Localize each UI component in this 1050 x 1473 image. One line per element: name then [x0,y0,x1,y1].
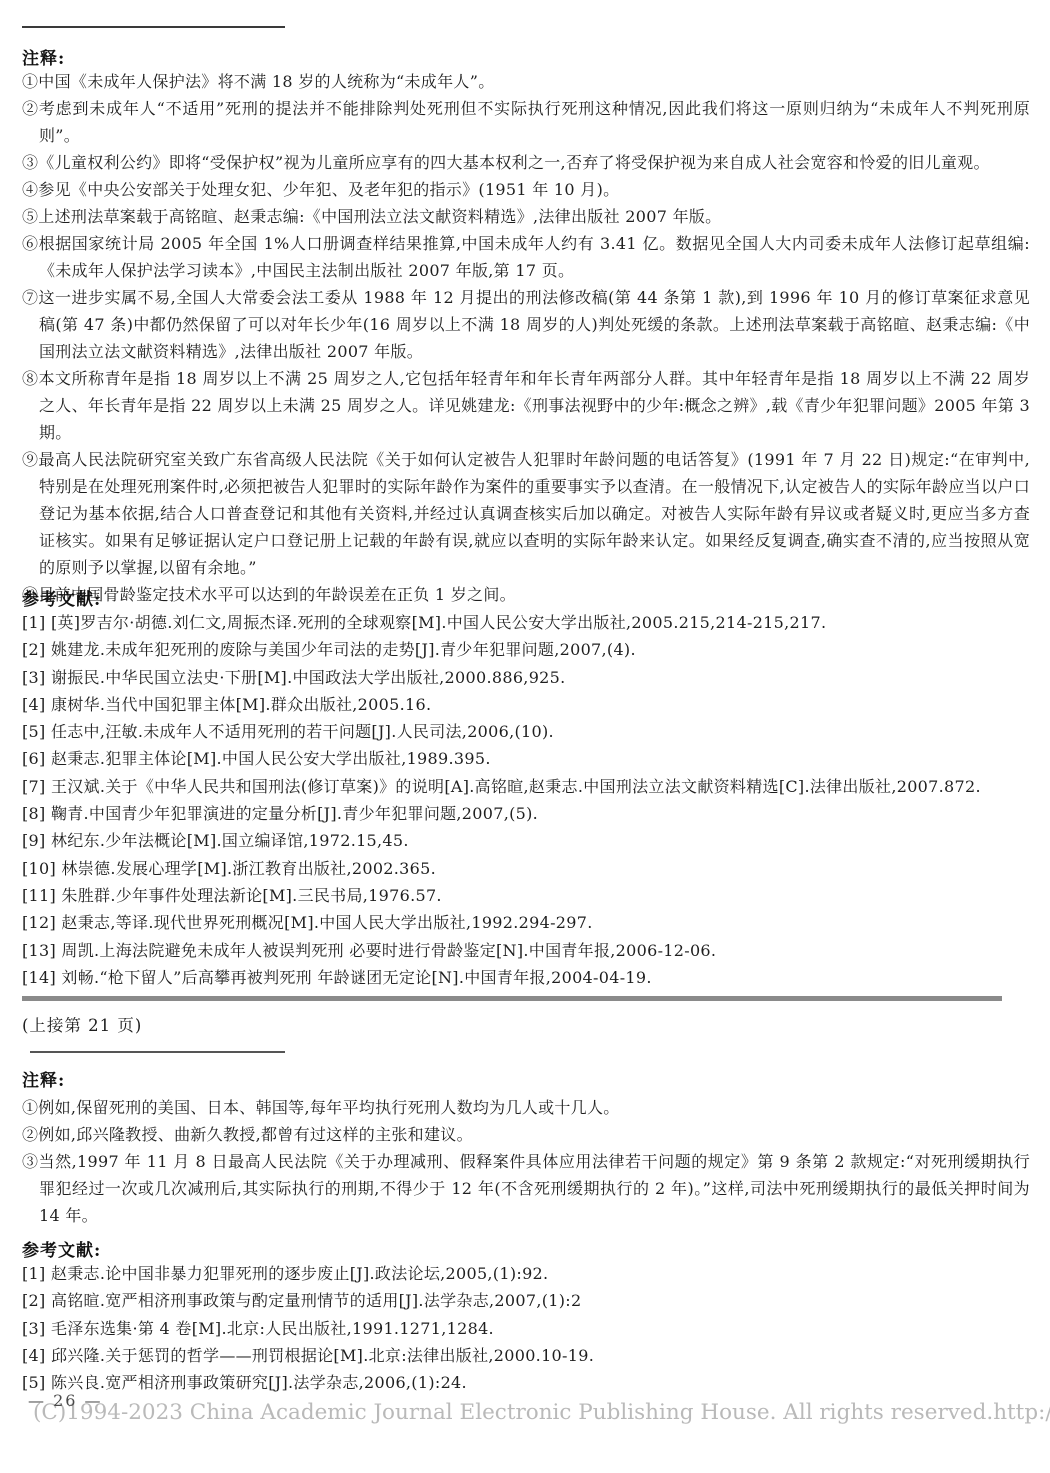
reference-item: [1] 赵秉志.论中国非暴力犯罪死刑的逐步废止[J].政法论坛,2005,(1)… [22,1260,1030,1287]
footnote: ⑩目前中国骨龄鉴定技术水平可以达到的年龄误差在正负 1 岁之间。 [22,581,1030,608]
footnote: ②考虑到未成年人“不适用”死刑的提法并不能排除判处死刑但不实际执行死刑这种情况,… [22,95,1030,149]
reference-item: [3] 毛泽东选集·第 4 卷[M].北京:人民出版社,1991.1271,12… [22,1315,1030,1342]
reference-item: [2] 姚建龙.未成年犯死刑的废除与美国少年司法的走势[J].青少年犯罪问题,2… [22,636,1030,663]
footnote: ②例如,邱兴隆教授、曲新久教授,都曾有过这样的主张和建议。 [22,1121,1030,1148]
reference-item: [4] 邱兴隆.关于惩罚的哲学——刑罚根据论[M].北京:法律出版社,2000.… [22,1342,1030,1369]
reference-item: [7] 王汉斌.关于《中华人民共和国刑法(修订草案)》的说明[A].高铭暄,赵秉… [22,773,1030,800]
footnote-separator-rule [22,26,285,28]
footnote: ⑦这一进步实属不易,全国人大常委会法工委从 1988 年 12 月提出的刑法修改… [22,284,1030,365]
footnote: ⑨最高人民法院研究室关致广东省高级人民法院《关于如何认定被告人犯罪时年龄问题的电… [22,446,1030,581]
section-divider-rule [22,996,1002,1001]
footnote: ③当然,1997 年 11 月 8 日最高人民法院《关于办理减刑、假释案件具体应… [22,1148,1030,1229]
reference-item: [1] [英]罗吉尔·胡德.刘仁文,周振杰译.死刑的全球观察[M].中国人民公安… [22,609,1030,636]
reference-list-2: [1] 赵秉志.论中国非暴力犯罪死刑的逐步废止[J].政法论坛,2005,(1)… [22,1260,1030,1396]
reference-item: [6] 赵秉志.犯罪主体论[M].中国人民公安大学出版社,1989.395. [22,745,1030,772]
paper-page: 注释: ①中国《未成年人保护法》将不满 18 岁的人统称为“未成年人”。②考虑到… [0,0,1050,1473]
footnote: ⑧本文所称青年是指 18 周岁以上不满 25 周岁之人,它包括年轻青年和年长青年… [22,365,1030,446]
footnote: ④参见《中央公安部关于处理女犯、少年犯、及老年犯的指示》(1951 年 10 月… [22,176,1030,203]
reference-item: [8] 鞠青.中国青少年犯罪演进的定量分析[J].青少年犯罪问题,2007,(5… [22,800,1030,827]
reference-list-1: [1] [英]罗吉尔·胡德.刘仁文,周振杰译.死刑的全球观察[M].中国人民公安… [22,609,1030,991]
notes-heading-2: 注释: [22,1066,65,1091]
reference-item: [5] 陈兴良.宽严相济刑事政策研究[J].法学杂志,2006,(1):24. [22,1369,1030,1396]
reference-item: [5] 任志中,汪敏.未成年人不适用死刑的若干问题[J].人民司法,2006,(… [22,718,1030,745]
continuation-note: (上接第 21 页) [22,1012,1030,1036]
reference-item: [2] 高铭暄.宽严相济刑事政策与酌定量刑情节的适用[J].法学杂志,2007,… [22,1287,1030,1314]
reference-item: [4] 康树华.当代中国犯罪主体[M].群众出版社,2005.16. [22,691,1030,718]
footnote-list-2: ①例如,保留死刑的美国、日本、韩国等,每年平均执行死刑人数均为几人或十几人。②例… [22,1094,1030,1229]
footnote-separator-rule-2 [30,1051,285,1053]
footnote: ③《儿童权利公约》即将“受保护权”视为儿童所应享有的四大基本权利之一,否弃了将受… [22,149,1030,176]
cnki-url: http://www.cnki.net [993,1396,1050,1430]
references-heading-1: 参考文献: [22,585,101,610]
reference-item: [12] 赵秉志,等译.现代世界死刑概况[M].中国人民大学出版社,1992.2… [22,909,1030,936]
footnote-list-1: ①中国《未成年人保护法》将不满 18 岁的人统称为“未成年人”。②考虑到未成年人… [22,68,1030,608]
watermark-text: (C)1994-2023 China Academic Journal Elec… [33,1396,993,1430]
footnote: ①中国《未成年人保护法》将不满 18 岁的人统称为“未成年人”。 [22,68,1030,95]
reference-item: [3] 谢振民.中华民国立法史·下册[M].中国政法大学出版社,2000.886… [22,664,1030,691]
footnote: ⑥根据国家统计局 2005 年全国 1%人口册调查样结果推算,中国未成年人约有 … [22,230,1030,284]
reference-item: [11] 朱胜群.少年事件处理法新论[M].三民书局,1976.57. [22,882,1030,909]
references-heading-2: 参考文献: [22,1236,101,1261]
reference-item: [9] 林纪东.少年法概论[M].国立编译馆,1972.15,45. [22,827,1030,854]
footnote: ⑤上述刑法草案载于高铭暄、赵秉志编:《中国刑法立法文献资料精选》,法律出版社 2… [22,203,1030,230]
footnote: ①例如,保留死刑的美国、日本、韩国等,每年平均执行死刑人数均为几人或十几人。 [22,1094,1030,1121]
cnki-watermark: (C)1994-2023 China Academic Journal Elec… [33,1396,1035,1430]
reference-item: [10] 林崇德.发展心理学[M].浙江教育出版社,2002.365. [22,855,1030,882]
reference-item: [14] 刘畅.“枪下留人”后高攀再被判死刑 年龄谜团无定论[N].中国青年报,… [22,964,1030,991]
page-number: — 26 — [28,1391,103,1410]
reference-item: [13] 周凯.上海法院避免未成年人被误判死刑 必要时进行骨龄鉴定[N].中国青… [22,937,1030,964]
notes-heading-1: 注释: [22,44,65,69]
